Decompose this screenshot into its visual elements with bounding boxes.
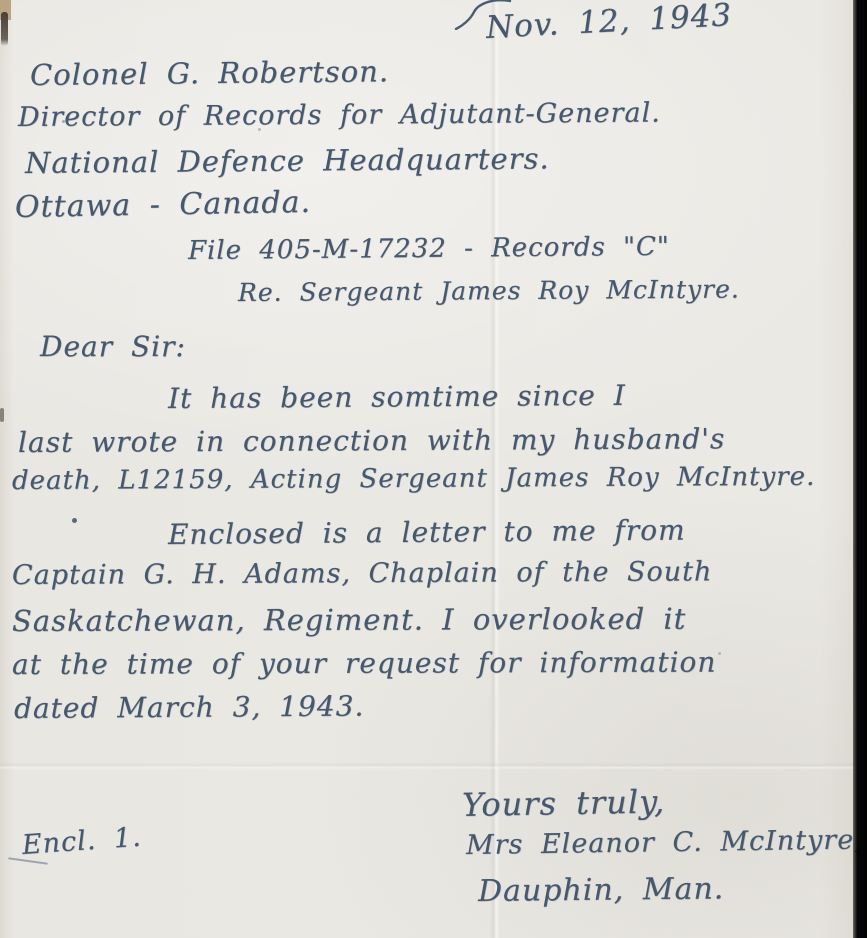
recipient-line: Colonel G. Robertson. [30, 54, 389, 92]
valediction-line: Yours truly, [462, 782, 666, 824]
recipient-line: Ottawa - Canada. [15, 185, 312, 225]
date-line: Nov. 12, 1943 [485, 0, 733, 46]
body-line: dated March 3, 1943. [14, 690, 365, 725]
subject-line: Re. Sergeant James Roy McIntyre. [238, 274, 740, 307]
body-line: at the time of your request for informat… [12, 646, 717, 681]
signature-place: Dauphin, Man. [478, 871, 725, 909]
body-line: Captain G. H. Adams, Chaplain of the Sou… [12, 556, 713, 591]
file-reference-line: File 405-M-17232 - Records "C" [188, 232, 670, 266]
scan-edge-right [853, 0, 867, 938]
body-line: Enclosed is a letter to me from [168, 513, 686, 551]
recipient-line: Director of Records for Adjutant-General… [18, 98, 661, 133]
ink-speck [62, 120, 65, 123]
body-line: last wrote in connection with my husband… [18, 422, 725, 459]
paper-crease-horizontal [0, 762, 867, 770]
letter-scan-page: Nov. 12, 1943 Colonel G. Robertson. Dire… [0, 0, 867, 938]
signature-name: Mrs Eleanor C. McIntyre, [466, 824, 864, 861]
body-line: Saskatchewan, Regiment. I overlooked it [12, 602, 686, 638]
enclosure-note: Encl. 1. [21, 822, 143, 861]
scan-mark-left-edge [0, 408, 4, 422]
ink-speck [718, 652, 721, 655]
scan-streak-top-left [1, 12, 8, 46]
body-line: death, L12159, Acting Sergeant James Roy… [12, 462, 815, 496]
body-line: It has been somtime since I [168, 379, 626, 415]
recipient-line: National Defence Headquarters. [25, 141, 550, 180]
ink-speck [72, 518, 77, 523]
ink-speck [258, 128, 261, 131]
salutation-line: Dear Sir: [40, 330, 186, 363]
